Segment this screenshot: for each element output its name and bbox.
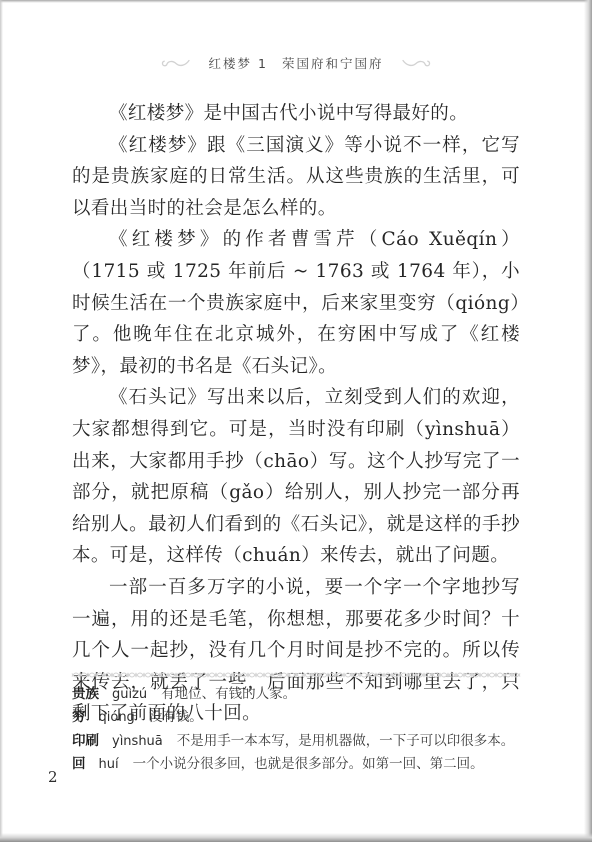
vocab-definition: 有地位、有钱的人家。 [161,686,296,702]
page-edge-left [0,0,3,842]
vocab-word: 穷 [72,709,86,725]
vocab-word: 贵族 [72,686,99,702]
page-edge-right [584,0,592,842]
running-head: 红楼梦 1 荣国府和宁国府 [0,54,592,72]
vocab-divider-wave-icon [71,669,524,681]
vocab-definition: 一个小说分很多回，也就是很多部分。如第一回、第二回。 [133,756,484,772]
running-head-series: 红楼梦 1 [209,54,268,72]
paragraph-2: 《红楼梦》跟《三国演义》等小说不一样，它写的是贵族家庭的日常生活。从这些贵族的生… [72,130,520,225]
vocab-definition: 不是用手一本本写，是用机器做，一下子可以印很多本。 [177,733,515,749]
vocab-entry: 贵族guìzú有地位、有钱的人家。 [72,683,542,706]
paragraph-1: 《红楼梦》是中国古代小说中写得最好的。 [72,98,520,130]
vocab-word: 回 [72,756,86,772]
page-number: 2 [48,768,58,786]
vocab-pinyin: huí [99,757,119,772]
vocab-entry: 回huí一个小说分很多回，也就是很多部分。如第一回、第二回。 [72,753,542,776]
vocab-list: 贵族guìzú有地位、有钱的人家。 穷qióng没有钱。 印刷yìnshuā不是… [72,683,542,776]
vocab-entry: 穷qióng没有钱。 [72,706,542,729]
vocab-entry: 印刷yìnshuā不是用手一本本写，是用机器做，一下子可以印很多本。 [72,730,542,753]
header-swirl-left-icon [161,56,191,70]
vocab-word: 印刷 [72,733,99,749]
running-head-title: 红楼梦 1 荣国府和宁国府 [209,54,384,72]
vocab-definition: 没有钱。 [149,709,203,725]
page-edge-top [0,0,592,3]
paragraph-3: 《红楼梦》的作者曹雪芹（Cáo Xuěqín）（1715 或 1725 年前后 … [72,224,520,382]
book-page: 红楼梦 1 荣国府和宁国府 《红楼梦》是中国古代小说中写得最好的。 《红楼梦》跟… [0,0,592,842]
running-head-chapter: 荣国府和宁国府 [282,54,384,72]
header-swirl-right-icon [401,56,431,70]
vocab-pinyin: qióng [99,710,135,725]
page-edge-bottom [0,833,592,842]
body-text: 《红楼梦》是中国古代小说中写得最好的。 《红楼梦》跟《三国演义》等小说不一样，它… [72,98,520,730]
vocab-pinyin: guìzú [112,687,147,702]
paragraph-4: 《石头记》写出来以后，立刻受到人们的欢迎，大家都想得到它。可是，当时没有印刷（y… [72,382,520,572]
vocab-pinyin: yìnshuā [112,734,163,749]
